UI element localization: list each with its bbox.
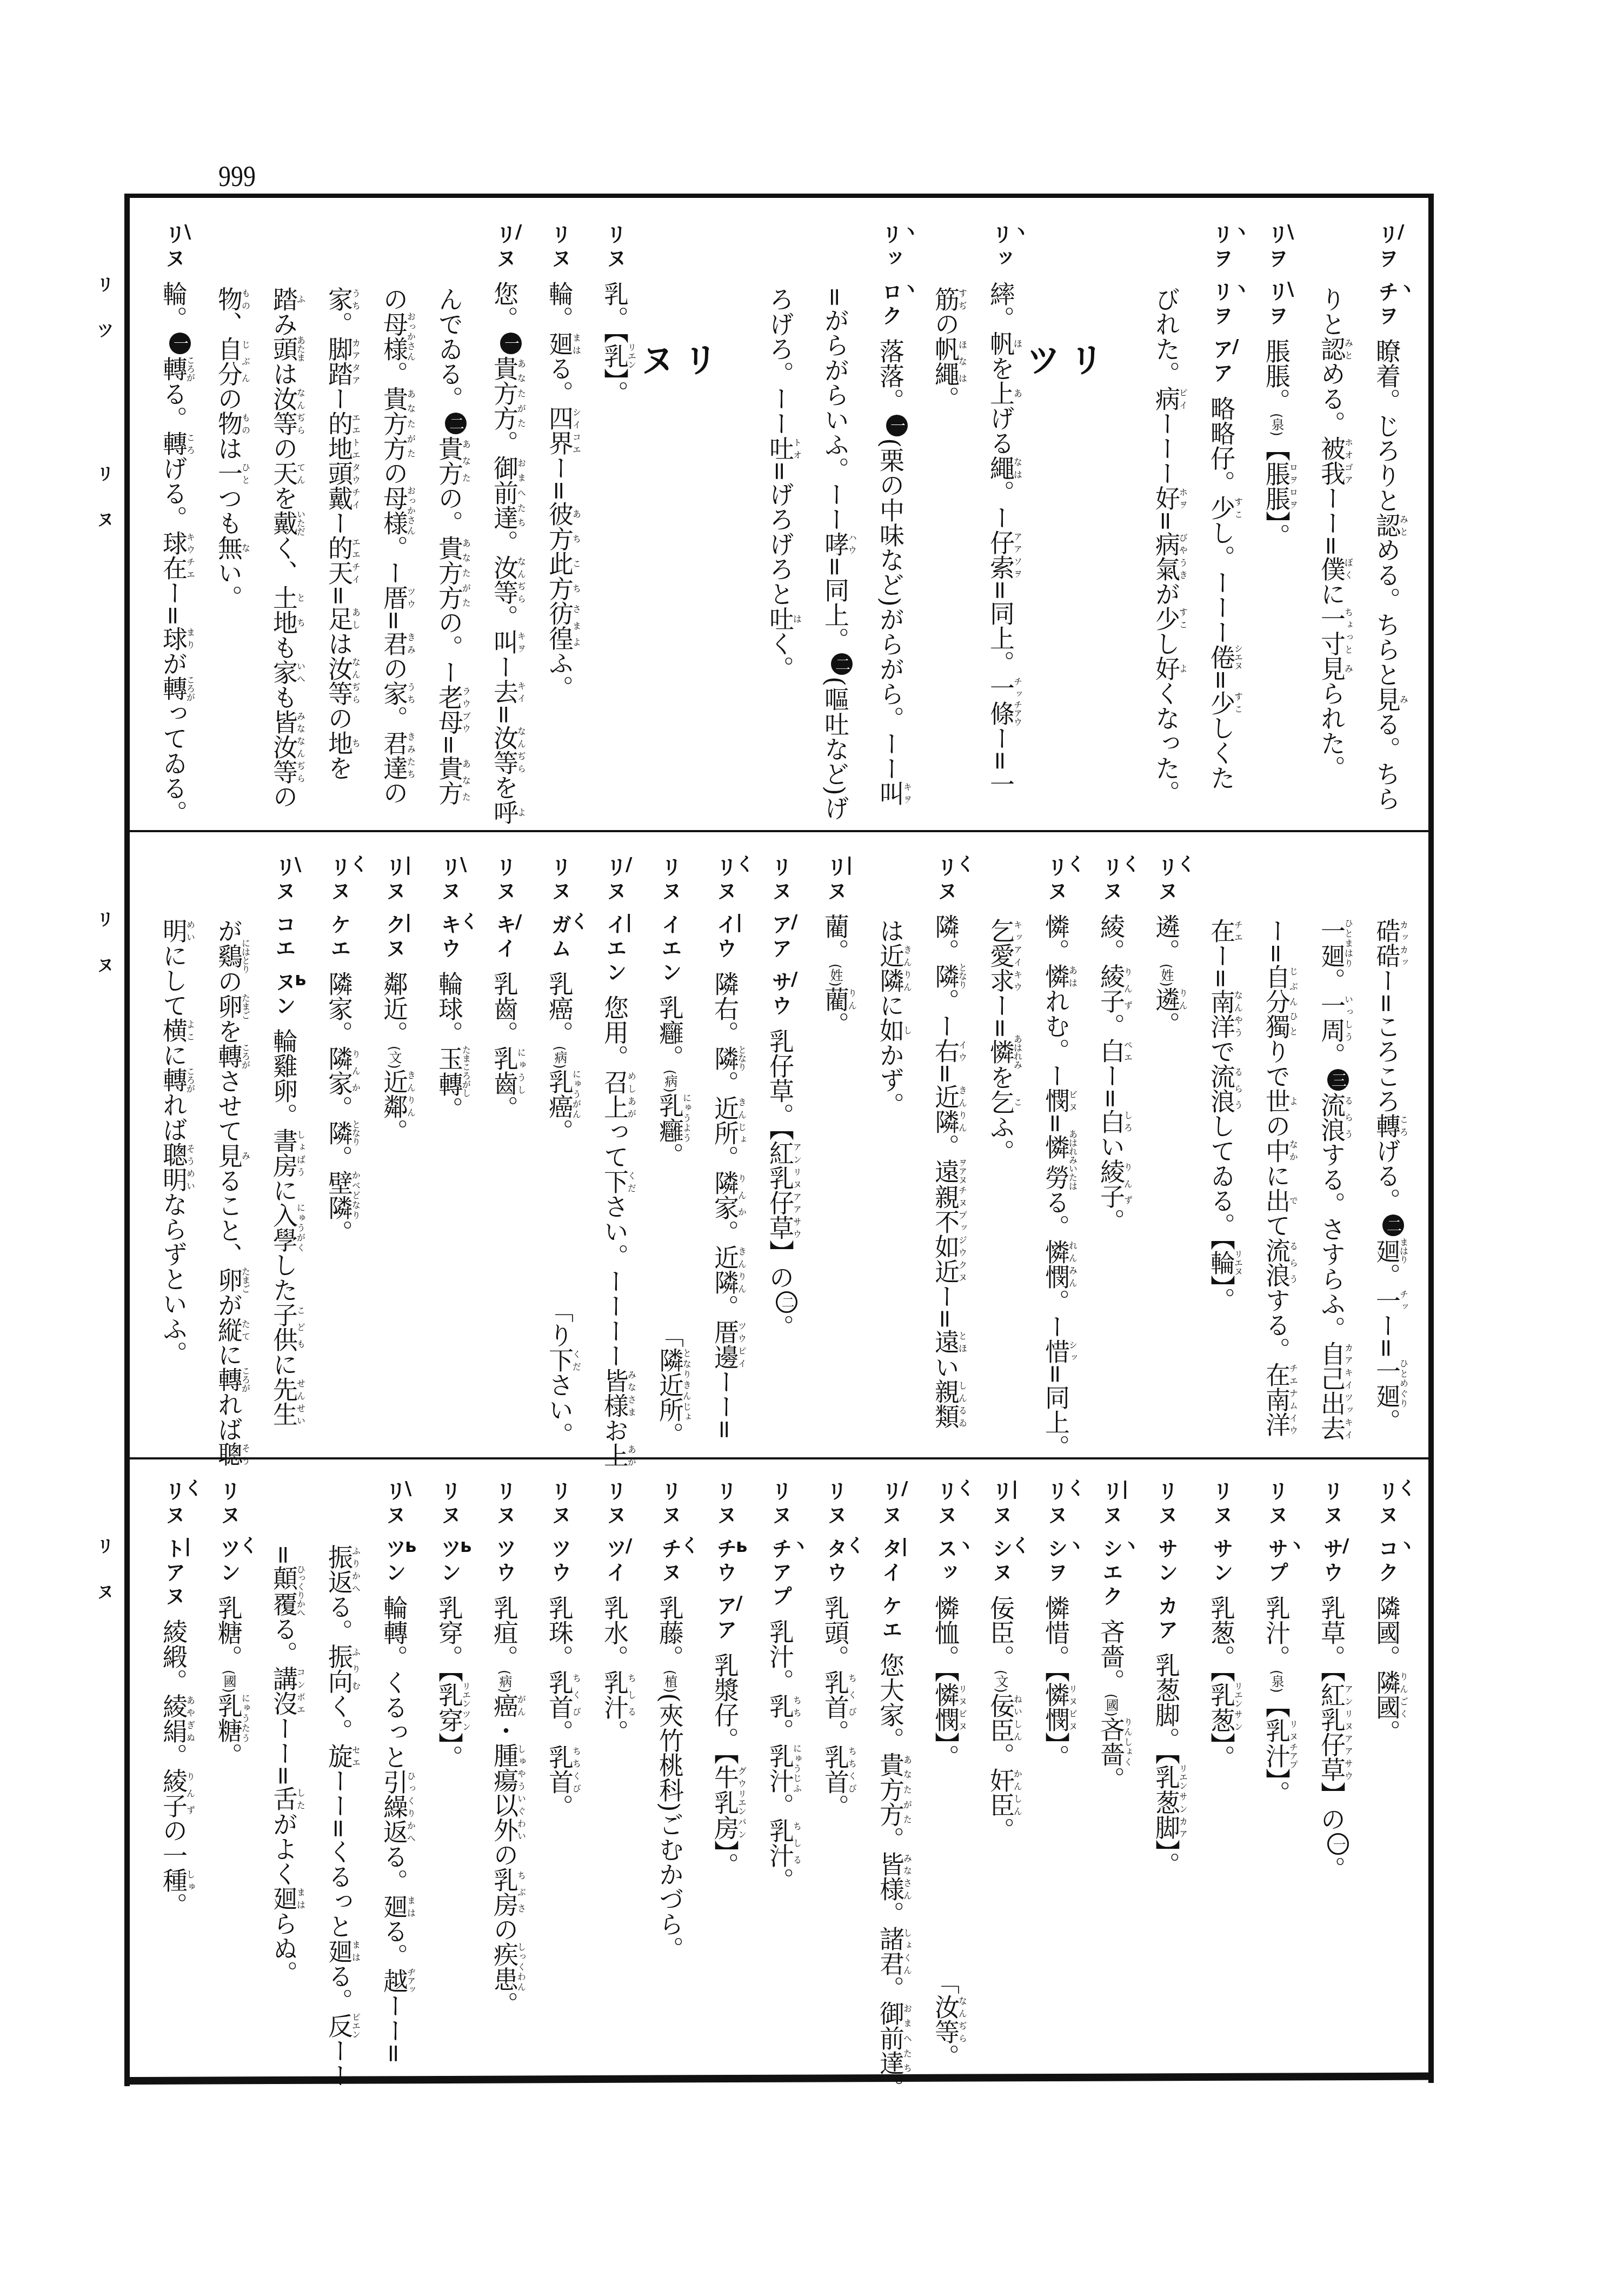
text-run: する。 <box>1262 1288 1291 1362</box>
text-run: 。 <box>1317 1856 1346 1881</box>
headword-reading: リヌ\キウく <box>422 857 476 971</box>
ruby-word: 乳汁ちしる <box>600 1670 629 1720</box>
ruby-reading: みなさま <box>627 1368 637 1418</box>
ruby-word: 在チエ <box>159 555 188 580</box>
usage-tag: (植) <box>662 1670 677 1693</box>
ruby-base: 勞 <box>1041 1164 1070 1190</box>
ruby-reading: ハウ <box>847 532 857 556</box>
ruby-reading: ヂアッ <box>406 1968 416 1994</box>
ruby-base: 壁隣 <box>324 1170 354 1220</box>
ruby-reading: れんみん <box>1068 1239 1078 1289</box>
ruby-base: 仔 <box>766 1190 795 1215</box>
text-run: める。 <box>1317 361 1346 436</box>
reading-kana: イエン <box>643 914 697 985</box>
text-run: 「 <box>931 1969 960 1994</box>
reading-kana: リヌ <box>808 857 862 904</box>
ruby-reading: チエ <box>185 555 196 580</box>
ruby-word: 出で <box>1262 1188 1291 1213</box>
ruby-word: 諸君しょくん <box>876 1926 905 1976</box>
reading-kana: リヌ <box>422 857 476 904</box>
ruby-base: 奸臣 <box>986 1768 1015 1817</box>
ruby-base: 球 <box>159 530 188 555</box>
ruby-base: 病氣 <box>1152 532 1181 581</box>
entry-definition: 乳齒。乳齒にゅうし。 <box>477 971 531 1454</box>
ruby-word: 的エエ <box>324 411 354 436</box>
ruby-word: 家うち <box>380 681 409 706</box>
ruby-base: 母様 <box>380 311 409 361</box>
ruby-word: 君きみ <box>380 631 409 656</box>
ruby-word: 彼方此方あちこち <box>545 501 574 601</box>
reading-syllable: リヌく <box>919 857 973 914</box>
ruby-word: 草サウ <box>1317 1757 1346 1782</box>
ruby-base: 戴 <box>269 510 298 536</box>
ruby-word: 以外いぐわい <box>490 1793 519 1842</box>
ruby-word: 我ゴア <box>1317 461 1346 486</box>
text-run: 乳癰。 <box>655 995 684 1070</box>
entry-definition: 藺。(姓)藺りん。 <box>808 914 862 1454</box>
ruby-word: 惜シッ <box>1041 1339 1070 1364</box>
ruby-word: 牛グウ <box>710 1764 740 1789</box>
text-run: 。 <box>931 386 960 411</box>
reading-syllable: アア/ <box>753 914 807 971</box>
ruby-word: 認みと <box>1317 336 1346 361</box>
ruby-word: 汝等なんぢら <box>490 555 519 605</box>
ruby-word: 去キイ <box>1317 1416 1346 1441</box>
reading-kana: リヌ <box>1305 1481 1359 1528</box>
ruby-base: 隣 <box>324 1120 354 1146</box>
ruby-reading: なは <box>1013 455 1023 480</box>
reading-syllable: リヌ| <box>974 1481 1028 1538</box>
usage-tag: (文) <box>993 1670 1008 1693</box>
ruby-reading: ちち <box>792 1694 802 1718</box>
ruby-reading: チイ <box>351 486 361 510</box>
ruby-base: 白 <box>1096 1109 1126 1134</box>
reading-syllable: リヲ/ <box>1360 224 1414 281</box>
ruby-base: 去 <box>1317 1416 1346 1441</box>
text-run: 瞭着。じろりと <box>1372 339 1401 513</box>
ruby-reading: な <box>241 535 251 560</box>
ruby-word: 轉ころ <box>159 431 188 456</box>
text-run: 】。 <box>1262 511 1291 548</box>
text-run: の <box>380 780 409 805</box>
text-run: 。 <box>710 1220 740 1245</box>
tone-mark-icon: | <box>405 913 411 931</box>
text-run: の <box>214 386 243 411</box>
ruby-word: 入學にゅうがく <box>269 1203 298 1252</box>
reading-syllable: リッヽ <box>863 224 917 281</box>
ruby-word: 輪リエヌ <box>1207 1250 1236 1275</box>
ruby-word: 上あが <box>600 1443 629 1468</box>
ruby-base: 汝等 <box>269 386 298 436</box>
entry-definition: 乳水。乳汁ちしる。 <box>588 1595 642 2075</box>
text-run: = <box>490 704 519 725</box>
entry-definition: 乳糖。(國)乳糖にゅうたう。 <box>202 1595 256 2075</box>
ruby-word: 索ソヲ <box>986 555 1015 580</box>
usage-tag: (泉) <box>1269 413 1284 436</box>
ruby-base: 引繰返 <box>380 1769 409 1844</box>
reading-kana: リヌ <box>367 857 421 904</box>
ruby-reading: まはり <box>1399 1238 1409 1264</box>
ruby-word: 一ひと <box>214 461 243 486</box>
text-run: が <box>214 1292 243 1317</box>
text-run: 您用。 <box>600 995 629 1070</box>
ruby-base: 戴 <box>324 486 354 510</box>
ruby-reading: リエン <box>1233 1682 1243 1708</box>
ruby-word: 振返ふりかへ <box>324 1544 354 1594</box>
text-run: の <box>490 1917 519 1942</box>
ruby-base: 隣國 <box>1372 1670 1401 1720</box>
entry-definition: 憐惜。【憐リヌ憫ビヌ】。 <box>1029 1595 1083 2075</box>
ruby-base: 憐憫 <box>1041 1239 1070 1289</box>
ruby-base: 乳 <box>766 1165 795 1190</box>
ruby-base: 土地 <box>269 585 298 635</box>
text-run: める。ちらと <box>1372 537 1401 687</box>
sense-number-icon: 一 <box>500 333 522 354</box>
ruby-base: 親 <box>931 1184 960 1209</box>
ruby-base: 吝嗇 <box>1096 1717 1126 1767</box>
text-run: れば <box>214 1392 243 1442</box>
text-run: 乳疽。 <box>490 1595 519 1670</box>
headword-reading: リヌチウьアア/ <box>698 1481 752 1653</box>
ruby-reading: あ <box>1013 381 1023 406</box>
ruby-reading: りんか <box>351 1046 361 1096</box>
reading-kana: リヌ <box>643 1481 697 1528</box>
ruby-reading: リヌ <box>1343 1707 1354 1732</box>
ruby-word: 房パン <box>710 1815 740 1840</box>
text-run: 。 <box>490 1096 519 1120</box>
text-run: る。 <box>380 1919 409 1968</box>
ruby-base: 物 <box>214 287 243 311</box>
usage-tag: (病) <box>497 1670 512 1693</box>
ruby-reading: トエ <box>351 436 361 461</box>
ruby-base: 乳 <box>710 1789 740 1815</box>
ruby-base: 彷徨 <box>545 601 574 651</box>
ruby-base: 白 <box>1096 1038 1126 1063</box>
reading-kana: リヲ <box>1249 281 1303 329</box>
ruby-reading: ねいしん <box>1013 1693 1023 1743</box>
ruby-reading: カア <box>351 336 361 361</box>
ruby-reading: すこ <box>1233 495 1243 520</box>
ruby-base: 在 <box>1262 1362 1291 1387</box>
ruby-base: 叫 <box>490 629 519 654</box>
reading-kana: リヌ <box>147 224 201 271</box>
ruby-reading: りんず <box>1123 964 1133 1013</box>
ruby-base: 横 <box>159 1018 188 1043</box>
ruby-reading: るらう <box>1233 1064 1243 1113</box>
reading-syllable: イウ| <box>698 914 752 971</box>
ruby-word: 見み <box>214 1143 243 1168</box>
tone-mark-icon: / <box>1232 337 1239 356</box>
reading-syllable: ヌンь <box>257 971 311 1028</box>
text-run: ーー=くるっと <box>324 1768 354 1939</box>
ruby-word: 天てん <box>269 461 298 486</box>
text-run: 。 <box>821 1012 850 1037</box>
tone-mark-icon: ь <box>736 1537 748 1555</box>
reading-syllable: リヌ <box>202 1481 256 1538</box>
ruby-word: 卵たまご <box>214 1268 243 1292</box>
text-run: を <box>986 356 1015 381</box>
ruby-word: 憫ビヌ <box>1041 1707 1070 1732</box>
ruby-base: 廻 <box>324 1939 354 1963</box>
entry-definition: 輪。廻まはる。四シイ界コエー=彼方此方あちこち彷徨さまよふ。 <box>533 281 587 826</box>
text-run: = <box>269 1544 298 1565</box>
text-run: かず。 <box>876 1043 905 1117</box>
tone-mark-icon: | <box>1122 1479 1128 1498</box>
ruby-reading: サウ <box>1343 1757 1354 1782</box>
reading-syllable: タウく <box>808 1538 862 1595</box>
ruby-word: 少すこ <box>1207 495 1236 520</box>
ruby-reading: るらう <box>1343 1092 1354 1142</box>
text-run: に <box>1317 581 1346 606</box>
text-run: ー <box>324 510 354 535</box>
ruby-word: 貴方方あなたがた <box>435 535 464 610</box>
text-run: 乳水。 <box>600 1595 629 1670</box>
text-run: =同上。 <box>1041 1364 1070 1459</box>
ruby-base: 筋 <box>931 287 960 311</box>
reading-syllable: リヌく <box>312 857 366 914</box>
ruby-reading: なんぢら <box>351 656 361 706</box>
ruby-base: 旋 <box>324 1743 354 1768</box>
text-run: 憐恤。【 <box>931 1595 960 1682</box>
text-run: 。 <box>766 1718 795 1743</box>
reading-kana: サウ <box>753 971 807 1019</box>
text-run: ー= <box>1207 943 1236 989</box>
text-run: 】。 <box>1262 1768 1291 1806</box>
reading-syllable: ツンь <box>422 1538 476 1595</box>
ruby-word: 乞キッ <box>986 918 1015 943</box>
text-run: 輪球。 <box>435 971 464 1046</box>
ruby-word: 頭タウ <box>324 461 354 486</box>
ruby-reading: ソヲ <box>1013 555 1023 580</box>
ruby-base: 頭 <box>269 336 298 362</box>
reading-kana: サン <box>1139 1538 1193 1585</box>
ruby-base: 草 <box>766 1215 795 1240</box>
ruby-reading: カッ <box>1399 943 1409 968</box>
ruby-reading: りんか <box>737 1170 747 1220</box>
ruby-base: 頭 <box>324 461 354 486</box>
ruby-word: 汝等なんぢら <box>324 656 354 706</box>
text-run: 。 <box>876 1976 905 2001</box>
tone-mark-icon: く <box>1067 855 1085 874</box>
ruby-reading: キウ <box>185 530 196 555</box>
headword-reading: リヌくイウ| <box>698 857 752 971</box>
text-run: ろげろ。ーー <box>766 287 795 436</box>
ruby-reading: ビヌ <box>1068 1707 1078 1732</box>
ruby-reading: まは <box>351 1939 361 1963</box>
ruby-reading: まは <box>296 1886 306 1910</box>
text-run: の <box>931 311 960 336</box>
text-run: の <box>380 287 409 311</box>
ruby-word: 藺りん <box>821 987 850 1012</box>
entry-continuation: ー=自分獨じぶんひとりで世よの中なかに出でて流浪るらうする。在チエ南ナム洋イウ <box>1249 918 1303 1454</box>
tone-mark-icon: く <box>460 913 478 931</box>
ruby-base: 我 <box>1317 461 1346 486</box>
ruby-word: 戴チイ <box>324 486 354 510</box>
text-run: は <box>269 361 298 386</box>
reading-kana: リヌ <box>533 224 587 271</box>
text-run: 】。 <box>600 368 629 406</box>
headword-reading: リッヽ <box>974 224 1028 281</box>
ruby-base: 汝等 <box>490 555 519 605</box>
text-run: 。 <box>986 1817 1015 1842</box>
text-run: ふ。 <box>545 651 574 700</box>
ruby-word: 乳リエン <box>1152 1764 1181 1790</box>
tone-mark-icon: / <box>791 913 797 931</box>
ruby-base: 如 <box>931 1234 960 1259</box>
reading-syllable: コクヽ <box>1360 1538 1414 1595</box>
ruby-word: 壁隣かべどなり <box>324 1170 354 1220</box>
ruby-reading: まは <box>571 331 582 356</box>
reading-syllable: リヌく <box>1029 857 1083 914</box>
ruby-word: 汁チアプ <box>1262 1743 1291 1768</box>
ruby-word: 戴いただ <box>269 510 298 535</box>
text-run: 。 <box>380 361 409 386</box>
ruby-word: 呼よ <box>490 800 519 825</box>
ruby-reading: にゅうし <box>516 1046 527 1096</box>
ruby-base: 世 <box>1262 1089 1291 1113</box>
ruby-word: 一チッ <box>1372 1288 1401 1313</box>
ruby-base: 轉 <box>214 1043 243 1069</box>
ruby-word: 乞こ <box>986 1090 1015 1114</box>
ruby-reading: イウ <box>957 1038 968 1063</box>
entry-definition: 乳漿仔。【牛グウ乳リエン房パン】。 <box>698 1653 752 2075</box>
text-run: 。 <box>490 530 519 555</box>
ruby-reading: とち <box>296 585 306 635</box>
text-run: 乳糖。 <box>214 1595 243 1670</box>
text-run: られた。 <box>1317 681 1346 780</box>
reading-kana: カア <box>1139 1595 1193 1643</box>
ruby-reading: びやうき <box>1178 532 1188 581</box>
ruby-reading: ころが <box>185 675 196 701</box>
text-run: る。 <box>380 1844 409 1894</box>
ruby-reading: アア <box>1343 1732 1354 1757</box>
headword-reading: リヌ\ <box>147 224 201 281</box>
ruby-base: 厝 <box>710 1319 740 1344</box>
text-run: 隣右。 <box>710 971 740 1046</box>
ruby-word: 母様おっかさん <box>380 486 409 535</box>
reading-syllable: リヌ <box>1305 1481 1359 1538</box>
sense-number-icon: 二 <box>831 653 853 675</box>
text-run: 乳珠。 <box>545 1595 574 1670</box>
ruby-reading: し <box>902 1018 913 1043</box>
ruby-base: 見 <box>1317 656 1346 681</box>
ruby-base: 乳 <box>1152 1764 1181 1790</box>
ruby-base: 君達 <box>380 731 409 780</box>
text-run: 。 <box>159 1893 188 1917</box>
ruby-base: 近隣 <box>710 1245 740 1295</box>
ruby-word: 脹ロヲ <box>1262 461 1291 486</box>
reading-syllable: リヌ <box>588 1481 642 1538</box>
ruby-word: 脹ロヲ <box>1262 486 1291 511</box>
text-run: 。 <box>490 1992 519 2016</box>
text-run: る。 <box>159 381 188 431</box>
text-run: 】。 <box>1041 1732 1070 1769</box>
ruby-word: 帆ほ <box>986 331 1015 356</box>
ruby-reading: チアプ <box>1288 1743 1299 1769</box>
text-run: = <box>931 1063 960 1084</box>
ruby-reading: るらう <box>1288 1238 1299 1288</box>
ruby-reading: がん <box>516 1693 527 1718</box>
usage-tag: (病) <box>552 1046 567 1069</box>
text-run: さい。 <box>545 1372 574 1447</box>
ruby-word: 汝等なんぢら <box>490 725 519 775</box>
ruby-word: 物もの <box>214 287 243 311</box>
ruby-base: 乳首 <box>821 1670 850 1720</box>
ruby-base: 見 <box>1372 687 1401 712</box>
ruby-word: 自カア <box>1317 1341 1346 1366</box>
margin-index-label: リツ <box>95 275 114 367</box>
ruby-base: 乳 <box>1262 1718 1291 1743</box>
ruby-word: 脚カア <box>1152 1815 1181 1840</box>
ruby-reading: ツウ <box>737 1319 747 1344</box>
text-run: の一 <box>159 1818 188 1868</box>
text-run: の <box>269 784 298 809</box>
ruby-word: 流浪るらう <box>1262 1238 1291 1288</box>
text-run: に <box>876 993 905 1018</box>
text-run: も <box>269 685 298 709</box>
reading-kana: アア <box>698 1595 752 1643</box>
text-run: ー= <box>1262 918 1291 964</box>
reading-syllable: アア/ <box>1194 339 1248 396</box>
ruby-reading: よ <box>1178 656 1188 681</box>
dictionary-page: 999 リツ リヌ リヌ リヌ リツリヌリヲ/チヲヽ瞭着。じろりと認みとめる。ち… <box>0 0 1623 2296</box>
ruby-reading: まり <box>185 626 196 651</box>
reading-kana: リヌ <box>422 1481 476 1528</box>
ruby-base: 廻 <box>545 331 574 356</box>
ruby-base: 帆繩 <box>931 336 960 386</box>
text-run: み <box>269 311 298 336</box>
ruby-reading: すこ <box>1233 691 1243 715</box>
text-run: する。さすらふ。 <box>1317 1142 1346 1341</box>
entry-definition: 乳葱。【乳リエン葱サン】。 <box>1194 1595 1248 2075</box>
text-run: を <box>490 775 519 800</box>
text-run: 。 <box>1096 1209 1126 1233</box>
text-run: が <box>1152 581 1181 606</box>
ruby-word: 地トエ <box>324 436 354 461</box>
tone-mark-icon: / <box>901 1479 908 1498</box>
tone-mark-icon: / <box>515 913 522 931</box>
ruby-word: 廻まは <box>380 1894 409 1919</box>
ruby-reading: ちぶさ <box>516 1867 527 1917</box>
ruby-word: 叫キヲ <box>876 781 905 806</box>
text-run: の <box>269 436 298 461</box>
ruby-base: 振返 <box>324 1544 354 1594</box>
ruby-reading: あなたがた <box>406 386 416 461</box>
ruby-word: 疾患しっくわん <box>490 1942 519 1992</box>
ruby-word: 隣となり <box>324 1120 354 1145</box>
text-run: した <box>269 1252 298 1302</box>
ruby-word: 仔アア <box>986 530 1015 555</box>
tone-mark-icon: ヽ <box>791 1537 809 1555</box>
ruby-word: 母ブウ <box>435 709 464 734</box>
ruby-reading: みななんぢら <box>296 709 306 784</box>
reading-syllable: サン <box>1139 1538 1193 1595</box>
ruby-reading: キヲ <box>516 629 527 654</box>
ruby-reading: サン <box>1233 1708 1243 1733</box>
ruby-word: 少すこ <box>1152 606 1181 631</box>
text-run: 。 <box>1096 1013 1126 1038</box>
entry-definition: 乳汁。乳ちち。乳汁にゅうじふ。乳汁ちしる。 <box>753 1619 807 2075</box>
ruby-base: 顛覆 <box>269 1565 298 1617</box>
ruby-reading: にゅうたう <box>241 1693 251 1743</box>
ruby-word: 憐リヌ <box>931 1682 960 1707</box>
tone-mark-icon: / <box>515 223 522 241</box>
ruby-word: 綾子りんず <box>159 1768 188 1818</box>
headword-reading: リッヽロクヽ <box>863 224 917 339</box>
text-run: つも <box>214 486 243 535</box>
ruby-word: 在チエ <box>1262 1362 1291 1387</box>
ruby-word: 乳汁ちしる <box>766 1818 795 1868</box>
